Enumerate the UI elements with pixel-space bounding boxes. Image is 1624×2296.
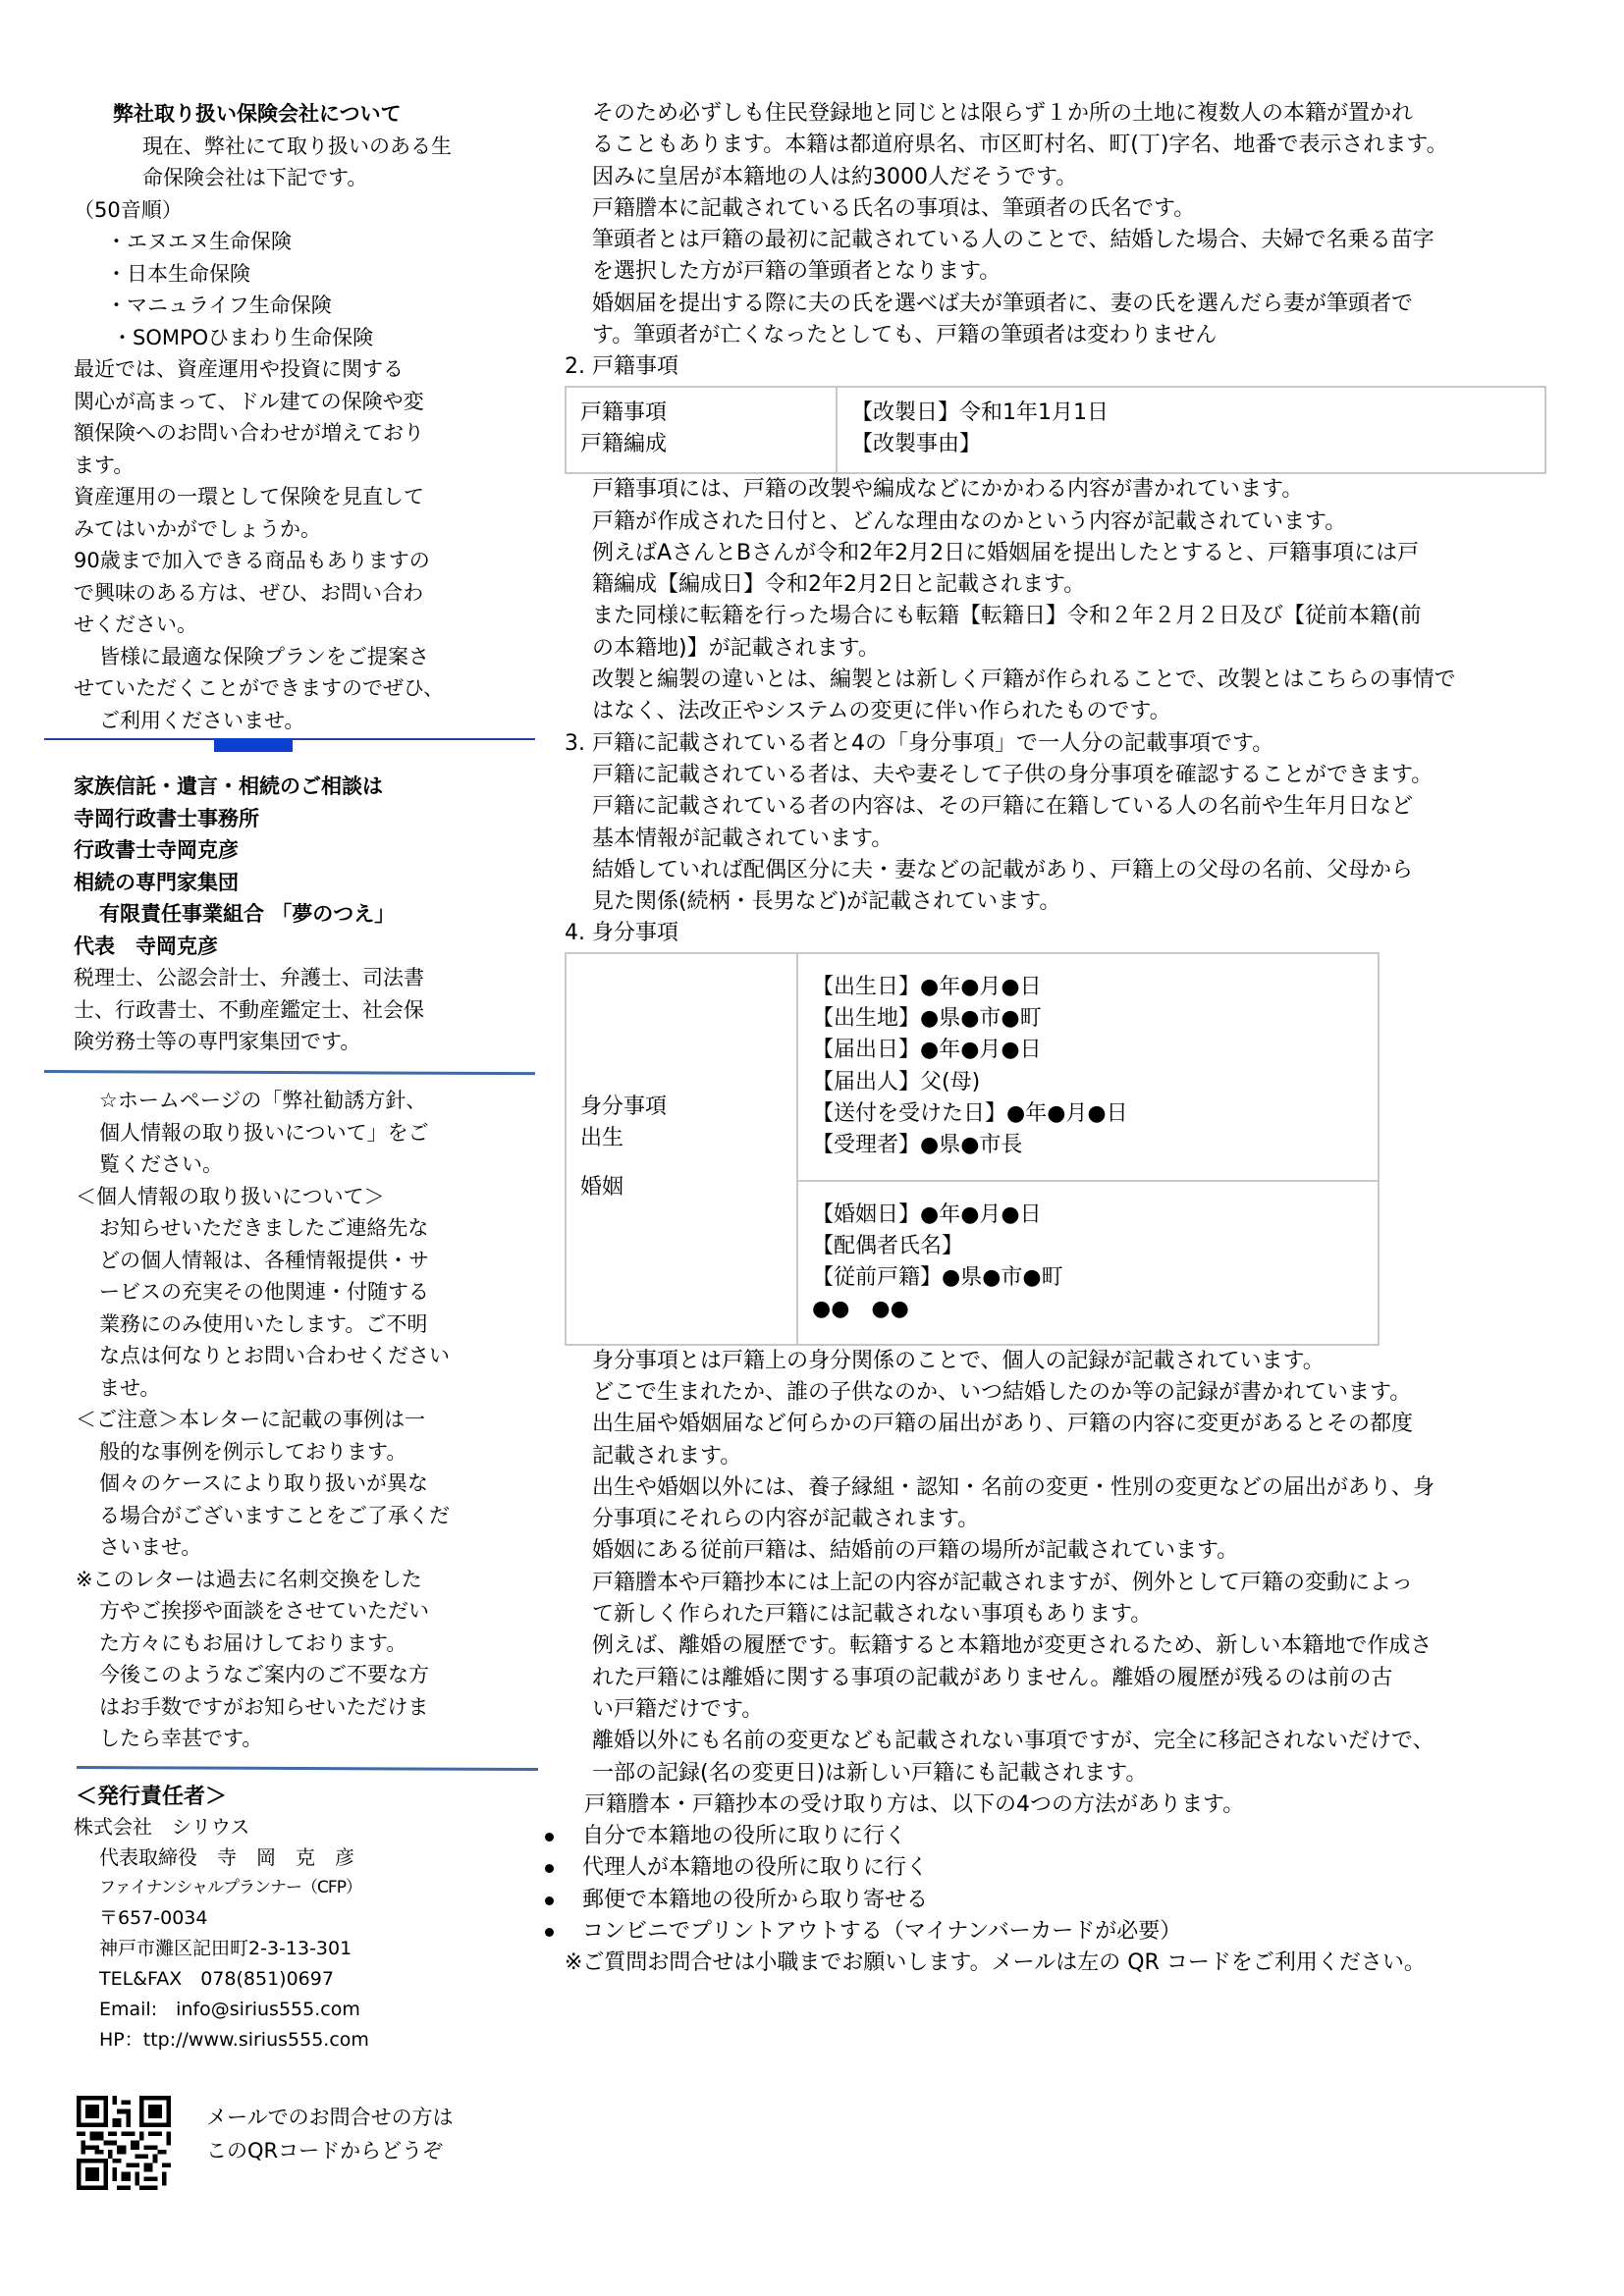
caution-line: 個々のケースにより取り扱いが異な bbox=[83, 1468, 545, 1500]
order-note: （50音順） bbox=[74, 194, 545, 227]
caution-line: 般的な事例を例示しております。 bbox=[83, 1436, 545, 1468]
section2-line: 改製と編製の違いとは、編製とは新しく戸籍が作られることで、改製とはこちらの事情で bbox=[565, 665, 1596, 696]
mibun-label-marriage: 婚姻 bbox=[580, 1172, 796, 1203]
koseki-value: 【改製日】令和1年1月1日 bbox=[851, 398, 1544, 429]
footer-note: ※ご質問お問合せは小職までお願いします。メールは左の QR コードをご利用くださ… bbox=[565, 1948, 1596, 1979]
insurance-closing-line: 皆様に最適な保険プランをご提案さ bbox=[83, 641, 545, 673]
consult-line: 有限責任事業組合 「夢のつえ」 bbox=[83, 898, 545, 931]
section-2: 2. 戸籍事項 戸籍事項 戸籍編成 【改製日】令和1年1月1日 【改製事由】 戸… bbox=[565, 351, 1596, 727]
birth-entry: 【届出人】父(母) bbox=[812, 1067, 1378, 1098]
section2-line: 例えばAさんとBさんが令和2年2月2日に婚姻届を提出したとすると、戸籍事項には戸 bbox=[565, 538, 1596, 569]
consult-line: 行政書士寺岡克彦 bbox=[74, 834, 545, 867]
section4-line: 例えば、離婚の履歴です。転籍すると本籍地が変更されるため、新しい本籍地で作成さ bbox=[565, 1630, 1596, 1662]
publisher-postal: 〒657-0034 bbox=[83, 1903, 545, 1934]
intro-line: す。筆頭者が亡くなったとしても、戸籍の筆頭者は変わりません bbox=[565, 320, 1596, 351]
section2-line: はなく、法改正やシステムの変更に伴い作られたものです。 bbox=[565, 696, 1596, 727]
insurance-closing-line: せていただくことができますのでぜひ、 bbox=[74, 672, 545, 705]
note-line: 今後このようなご案内のご不要な方 bbox=[83, 1659, 545, 1691]
birth-entry: 【出生日】●年●月●日 bbox=[812, 972, 1378, 1003]
section3-line: 見た関係(続柄・長男など)が記載されています。 bbox=[565, 886, 1596, 918]
publisher-section: ＜発行責任者＞ 株式会社 シリウス 代表取締役 寺 岡 克 彦 ファイナンシャル… bbox=[83, 1782, 545, 2056]
koseki-table-label-cell: 戸籍事項 戸籍編成 bbox=[566, 387, 837, 474]
note-line: ※このレターは過去に名刺交換をした bbox=[76, 1564, 545, 1596]
koseki-table: 戸籍事項 戸籍編成 【改製日】令和1年1月1日 【改製事由】 bbox=[565, 386, 1546, 475]
section2-line: 戸籍事項には、戸籍の改製や編成などにかかわる内容が書かれています。 bbox=[565, 474, 1596, 506]
section4-line: て新しく作られた戸籍には記載されない事項もあります。 bbox=[565, 1599, 1596, 1630]
section4-line: 出生届や婚姻届など何らかの戸籍の届出があり、戸籍の内容に変更があるとその都度 bbox=[565, 1409, 1596, 1440]
birth-entry: 【届出日】●年●月●日 bbox=[812, 1035, 1378, 1066]
section4-line: れた戸籍には離婚に関する事項の記載がありません。離婚の履歴が残るのは前の古 bbox=[565, 1663, 1596, 1694]
section-divider bbox=[77, 1766, 538, 1771]
left-column: 弊社取り扱い保険会社について 現在、弊社にて取り扱いのある生 命保険会社は下記で… bbox=[83, 98, 545, 736]
birth-entry: 【出生地】●県●市●町 bbox=[812, 1003, 1378, 1035]
intro-line: ることもあります。本籍は都道府県名、市区町村名、町(丁)字名、地番で表示されます… bbox=[565, 130, 1596, 161]
section4-line: どこで生まれたか、誰の子供なのか、いつ結婚したのか等の記録が書かれています。 bbox=[565, 1377, 1596, 1409]
section2-line: の本籍地)】が記載されます。 bbox=[565, 633, 1596, 665]
insurance-body-line: ます。 bbox=[74, 450, 545, 482]
caution-line: さいませ。 bbox=[83, 1531, 545, 1564]
insurance-title: 弊社取り扱い保険会社について bbox=[83, 98, 545, 131]
section4-line: 出生や婚姻以外には、養子縁組・認知・名前の変更・性別の変更などの届出があり、身 bbox=[565, 1472, 1596, 1504]
privacy-section: ☆ホームページの「弊社勧誘方針、 個人情報の取り扱いについて」をご 覧ください。… bbox=[83, 1085, 545, 1755]
qr-caption-line: メールでのお問合せの方は bbox=[206, 2101, 454, 2134]
method-item: 代理人が本籍地の役所に取りに行く bbox=[545, 1852, 1596, 1884]
caution-line: ＜ご注意＞本レターに記載の事例は一 bbox=[76, 1404, 545, 1436]
section4-line: い戸籍だけです。 bbox=[565, 1694, 1596, 1726]
bullet-icon bbox=[545, 1833, 554, 1842]
mibun-table: 身分事項 出生 婚姻 【出生日】●年●月●日 【出生地】●県●市●町 【届出日】… bbox=[565, 952, 1380, 1346]
publisher-homepage[interactable]: HP：ttp://www.sirius555.com bbox=[83, 2025, 545, 2056]
mibun-label: 身分事項 bbox=[580, 1092, 796, 1123]
company-item: ・日本生命保険 bbox=[83, 258, 545, 291]
intro-section: そのため必ずしも住民登録地と同じとは限らず１か所の土地に複数人の本籍が置かれ る… bbox=[565, 98, 1596, 351]
consult-body-line: 険労務士等の専門家集団です。 bbox=[74, 1026, 545, 1058]
insurance-intro-line: 現在、弊社にて取り扱いのある生 bbox=[83, 131, 545, 163]
section-4: 4. 身分事項 身分事項 出生 婚姻 【出生日】●年●月●日 【出生地】●県●市… bbox=[565, 918, 1596, 1979]
privacy-body-line: 業務にのみ使用いたします。ご不明 bbox=[83, 1308, 545, 1341]
company-item: ・SOMPOひまわり生命保険 bbox=[83, 322, 545, 354]
mibun-label: 出生 bbox=[580, 1123, 796, 1154]
section4-line: 記載されます。 bbox=[565, 1441, 1596, 1472]
section4-line: 分事項にそれらの内容が記載されます。 bbox=[565, 1504, 1596, 1535]
bullet-icon bbox=[545, 1896, 554, 1905]
section4-line: 戸籍謄本や戸籍抄本には上記の内容が記載されますが、例外として戸籍の変動によっ bbox=[565, 1568, 1596, 1599]
insurance-body-line: みてはいかがでしょうか。 bbox=[74, 513, 545, 546]
publisher-company: 株式会社 シリウス bbox=[74, 1812, 545, 1842]
insurance-body-line: で興味のある方は、ぜひ、お問い合わ bbox=[74, 577, 545, 610]
birth-cell: 【出生日】●年●月●日 【出生地】●県●市●町 【届出日】●年●月●日 【届出人… bbox=[797, 953, 1379, 1181]
note-line: したら幸甚です。 bbox=[83, 1723, 545, 1755]
birth-entry: 【送付を受けた日】●年●月●日 bbox=[812, 1098, 1378, 1130]
section-heading: 2. 戸籍事項 bbox=[565, 351, 1596, 383]
birth-entry: 【受理者】●県●市長 bbox=[812, 1130, 1378, 1161]
section2-line: 戸籍が作成された日付と、どんな理由なのかという内容が記載されています。 bbox=[565, 507, 1596, 538]
caution-line: る場合がございますことをご了承くだ bbox=[83, 1500, 545, 1532]
insurance-body-line: せください。 bbox=[74, 609, 545, 641]
company-item: ・マニュライフ生命保険 bbox=[83, 290, 545, 322]
privacy-body-line: お知らせいただきましたご連絡先な bbox=[83, 1212, 545, 1245]
consult-line: 代表 寺岡克彦 bbox=[74, 931, 545, 963]
section-3: 3. 戸籍に記載されている者と4の「身分事項」で一人分の記載事項です。 戸籍に記… bbox=[565, 728, 1596, 919]
methods-intro: 戸籍謄本・戸籍抄本の受け取り方は、以下の4つの方法があります。 bbox=[565, 1789, 1596, 1821]
consult-line: 寺岡行政書士事務所 bbox=[74, 803, 545, 835]
method-label: コンビニでプリントアウトする（マイナンバーカードが必要） bbox=[582, 1919, 1181, 1944]
intro-line: そのため必ずしも住民登録地と同じとは限らず１か所の土地に複数人の本籍が置かれ bbox=[565, 98, 1596, 130]
homepage-note-line: 個人情報の取り扱いについて」をご bbox=[83, 1117, 545, 1149]
consult-line: 相続の専門家集団 bbox=[74, 867, 545, 899]
koseki-table-value-cell: 【改製日】令和1年1月1日 【改製事由】 bbox=[837, 387, 1545, 474]
method-label: 郵便で本籍地の役所から取り寄せる bbox=[582, 1888, 928, 1912]
insurance-intro-line: 命保険会社は下記です。 bbox=[83, 162, 545, 194]
section-heading: 4. 身分事項 bbox=[565, 918, 1596, 949]
section-divider bbox=[44, 738, 535, 740]
privacy-heading: ＜個人情報の取り扱いについて＞ bbox=[76, 1181, 545, 1213]
section4-line: 身分事項とは戸籍上の身分関係のことで、個人の記録が記載されています。 bbox=[565, 1346, 1596, 1377]
note-line: た方々にもお届けしております。 bbox=[83, 1628, 545, 1660]
insurance-body-line: 関心が高まって、ドル建ての保険や変 bbox=[74, 386, 545, 418]
method-item: 自分で本籍地の役所に取りに行く bbox=[545, 1821, 1596, 1852]
consult-line: 家族信託・遺言・相続のご相談は bbox=[74, 771, 545, 803]
method-item: 郵便で本籍地の役所から取り寄せる bbox=[545, 1885, 1596, 1916]
publisher-email[interactable]: Email: info@sirius555.com bbox=[83, 1995, 545, 2025]
publisher-tel-fax: TEL&FAX 078(851)0697 bbox=[83, 1964, 545, 1995]
intro-line: 婚姻届を提出する際に夫の氏を選べば夫が筆頭者に、妻の氏を選んだら妻が筆頭者で bbox=[565, 289, 1596, 320]
insurance-body-line: 額保険へのお問い合わせが増えており bbox=[74, 417, 545, 450]
consult-section: 家族信託・遺言・相続のご相談は 寺岡行政書士事務所 行政書士寺岡克彦 相続の専門… bbox=[83, 771, 545, 1058]
section-heading: 3. 戸籍に記載されている者と4の「身分事項」で一人分の記載事項です。 bbox=[565, 728, 1596, 760]
method-label: 代理人が本籍地の役所に取りに行く bbox=[582, 1855, 928, 1880]
marriage-entry: ●● ●● bbox=[812, 1294, 1378, 1325]
publisher-heading: ＜発行責任者＞ bbox=[76, 1782, 545, 1812]
insurance-body-line: 最近では、資産運用や投資に関する bbox=[74, 353, 545, 386]
privacy-body-line: な点は何なりとお問い合わせください bbox=[83, 1340, 545, 1372]
section4-line: 婚姻にある従前戸籍は、結婚前の戸籍の場所が記載されています。 bbox=[565, 1535, 1596, 1567]
section2-line: 籍編成【編成日】令和2年2月2日と記載されます。 bbox=[565, 569, 1596, 601]
qr-code-icon bbox=[77, 2096, 171, 2190]
homepage-note-line: ☆ホームページの「弊社勧誘方針、 bbox=[83, 1085, 545, 1117]
right-column: そのため必ずしも住民登録地と同じとは限らず１か所の土地に複数人の本籍が置かれ る… bbox=[565, 98, 1596, 1980]
insurance-body-line: 90歳まで加入できる商品もありますの bbox=[74, 545, 545, 577]
section4-line: 離婚以外にも名前の変更なども記載されない事項ですが、完全に移記されないだけで、 bbox=[565, 1726, 1596, 1757]
section2-line: また同様に転籍を行った場合にも転籍【転籍日】令和２年２月２日及び【従前本籍(前 bbox=[565, 601, 1596, 632]
intro-line: 筆頭者とは戸籍の最初に記載されている人のことで、結婚した場合、夫婦で名乗る苗字 bbox=[565, 225, 1596, 256]
method-item: コンビニでプリントアウトする（マイナンバーカードが必要） bbox=[545, 1916, 1596, 1948]
method-label: 自分で本籍地の役所に取りに行く bbox=[582, 1824, 906, 1848]
marriage-entry: 【配偶者氏名】 bbox=[812, 1231, 1378, 1262]
privacy-body-line: ービスの充実その他関連・付随する bbox=[83, 1276, 545, 1308]
marriage-entry: 【婚姻日】●年●月●日 bbox=[812, 1200, 1378, 1231]
qr-caption-line: このQRコードからどうぞ bbox=[206, 2134, 454, 2167]
section4-line: 一部の記録(名の変更日)は新しい戸籍にも記載されます。 bbox=[565, 1758, 1596, 1789]
marriage-entry: 【従前戸籍】●県●市●町 bbox=[812, 1262, 1378, 1294]
intro-line: を選択した方が戸籍の筆頭者となります。 bbox=[565, 256, 1596, 288]
insurance-section: 弊社取り扱い保険会社について 現在、弊社にて取り扱いのある生 命保険会社は下記で… bbox=[83, 98, 545, 736]
methods-list: 自分で本籍地の役所に取りに行く 代理人が本籍地の役所に取りに行く 郵便で本籍地の… bbox=[565, 1821, 1596, 1948]
publisher-address: 神戸市灘区記田町2-3-13-301 bbox=[83, 1934, 545, 1964]
bullet-icon bbox=[545, 1864, 554, 1873]
publisher-representative: 代表取締役 寺 岡 克 彦 bbox=[83, 1842, 545, 1873]
section3-line: 結婚していれば配偶区分に夫・妻などの記載があり、戸籍上の父母の名前、父母から bbox=[565, 855, 1596, 886]
privacy-body-line: どの個人情報は、各種情報提供・サ bbox=[83, 1245, 545, 1277]
section3-line: 戸籍に記載されている者の内容は、その戸籍に在籍している人の名前や生年月日など bbox=[565, 791, 1596, 823]
section3-line: 基本情報が記載されています。 bbox=[565, 824, 1596, 855]
intro-line: 因みに皇居が本籍地の人は約3000人だそうです。 bbox=[565, 162, 1596, 193]
qr-caption: メールでのお問合せの方は このQRコードからどうぞ bbox=[206, 2101, 454, 2167]
publisher-title: ファイナンシャルプランナー（CFP） bbox=[83, 1873, 545, 1903]
privacy-body-line: ませ。 bbox=[83, 1372, 545, 1405]
note-line: はお手数ですがお知らせいただけま bbox=[83, 1691, 545, 1724]
koseki-label: 戸籍事項 bbox=[580, 398, 836, 429]
marriage-cell: 【婚姻日】●年●月●日 【配偶者氏名】 【従前戸籍】●県●市●町 ●● ●● bbox=[797, 1181, 1379, 1345]
qr-code[interactable] bbox=[77, 2096, 171, 2190]
homepage-note-line: 覧ください。 bbox=[83, 1148, 545, 1181]
consult-body-line: 士、行政書士、不動産鑑定士、社会保 bbox=[74, 994, 545, 1027]
insurance-closing-line: ご利用くださいませ。 bbox=[83, 705, 545, 737]
koseki-value: 【改製事由】 bbox=[851, 429, 1544, 460]
intro-line: 戸籍謄本に記載されている氏名の事項は、筆頭者の氏名です。 bbox=[565, 193, 1596, 225]
mibun-table-label-cell: 身分事項 出生 婚姻 bbox=[566, 953, 797, 1345]
bullet-icon bbox=[545, 1928, 554, 1937]
note-line: 方やご挨拶や面談をさせていただい bbox=[83, 1595, 545, 1628]
insurance-body-line: 資産運用の一環として保険を見直して bbox=[74, 481, 545, 513]
koseki-label: 戸籍編成 bbox=[580, 429, 836, 460]
section-divider bbox=[44, 1070, 535, 1075]
consult-body-line: 税理士、公認会計士、弁護士、司法書 bbox=[74, 962, 545, 994]
section3-line: 戸籍に記載されている者は、夫や妻そして子供の身分事項を確認することができます。 bbox=[565, 760, 1596, 791]
company-item: ・エヌエヌ生命保険 bbox=[83, 226, 545, 258]
